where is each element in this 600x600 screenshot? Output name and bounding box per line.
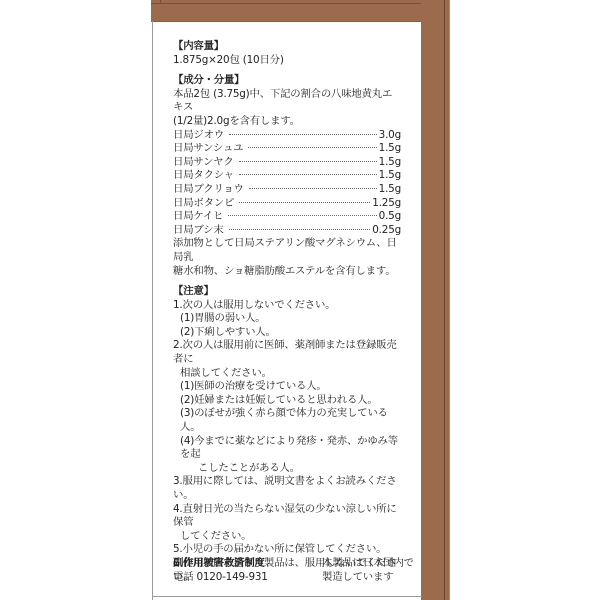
caution-item-4-line2: してください。 [173,530,401,544]
ingredient-amount: 1.5g [379,142,401,156]
caution-item-5: 5.小児の手の届かない所に保管してください。 [173,543,401,557]
made-in-japan-line1: 本製品は日本国内で [322,556,414,570]
ingredient-amount: 0.5g [379,210,401,224]
caution-item-1: 1.次の人は服用しないでください。 [173,299,401,313]
made-in-japan-line2: 製造しています [322,570,414,584]
ingredient-name: 日局ジオウ [173,129,224,143]
ingredient-amount: 3.0g [379,129,401,143]
caution-item-2-line1: 2.次の人は服用前に医師、薬剤師または登録販売者に [173,339,401,366]
content-amount-value: 1.875g×20包 (10日分) [173,54,401,68]
ingredient-name: 日局サンヤク [173,156,234,170]
ingredient-row: 日局サンシュユ 1.5g [173,142,401,156]
panel-bottom-border [152,596,422,597]
ingredients-intro-line1: 本品2包 (3.75g)中、下記の割合の八味地黄丸エキス [173,88,401,115]
ingredient-amount: 0.25g [372,224,401,238]
dot-leader [249,188,377,189]
content-amount-heading: 【内容量】 [173,40,401,54]
caution-item-2-sub: (4)今までに薬などにより発疹・発赤、かゆみ等を起 [173,435,401,462]
dot-leader [229,229,371,230]
manufacturing-info: 本製品は日本国内で 製造しています [322,556,414,584]
dot-leader [239,161,377,162]
ingredient-amount: 1.5g [379,169,401,183]
ingredients-intro-line2: (1/2量)2.0gを含有します。 [173,115,401,129]
ingredient-amount: 1.5g [379,156,401,170]
ingredient-row: 日局ブシ末 0.25g [173,224,401,238]
caution-item-2-line2: 相談してください。 [173,367,401,381]
package-fold-tick [160,0,161,4]
caution-item-1-sub: (2)下痢しやすい人。 [173,326,401,340]
caution-item-2-sub: (3)のぼせが強く赤ら顔で体力の充実している人。 [173,407,401,434]
package-edge-right [449,0,450,600]
package-frame-right [421,0,450,600]
caution-item-1-sub: (1)胃腸の弱い人。 [173,312,401,326]
caution-item-2-sub: (2)妊婦または妊娠していると思われる人。 [173,394,401,408]
panel-left-border [152,21,153,600]
caution-item-4-line1: 4.直射日光の当たらない湿気の少ない涼しい所に保管 [173,503,401,530]
label-panel: 【内容量】 1.875g×20包 (10日分) 【成分・分量】 本品2包 (3.… [173,40,401,584]
caution-item-2-sub: (1)医師の治療を受けている人。 [173,380,401,394]
additives-line1: 添加物として日局ステアリン酸マグネシウム、日局乳 [173,237,401,264]
ingredient-row: 日局ブクリョウ 1.5g [173,183,401,197]
ingredient-name: 日局サンシュユ [173,142,243,156]
dot-leader [239,202,370,203]
package-fold-line-right [444,0,445,600]
ingredient-amount: 1.5g [379,183,401,197]
dot-leader [228,215,376,216]
ingredient-row: 日局ケイヒ 0.5g [173,210,401,224]
ingredient-name: 日局タクシャ [173,169,234,183]
cautions-heading: 【注意】 [173,285,401,299]
package-fold-line-top [151,3,444,4]
ingredient-amount: 1.25g [372,197,401,211]
caution-item-3: 3.服用に際しては、説明文書をよくお読みください。 [173,475,401,502]
ingredient-row: 日局ボタンピ 1.25g [173,197,401,211]
dot-leader [248,147,376,148]
dot-leader [239,174,377,175]
additives-line2: 糖水和物、ショ糖脂肪酸エステルを含有します。 [173,265,401,279]
relief-system-info: 副作用被害救済制度 電話 0120-149-931 [173,556,268,584]
ingredient-name: 日局ボタンピ [173,197,234,211]
ingredients-heading: 【成分・分量】 [173,74,401,88]
dot-leader [229,134,377,135]
ingredient-name: 日局ケイヒ [173,210,223,224]
caution-item-2-sub4-cont: こしたことがある人。 [173,462,401,476]
ingredient-name: 日局ブシ末 [173,224,224,238]
relief-system-title: 副作用被害救済制度 [173,556,268,570]
ingredient-row: 日局ジオウ 3.0g [173,129,401,143]
ingredient-row: 日局サンヤク 1.5g [173,156,401,170]
relief-system-phone: 電話 0120-149-931 [173,570,268,584]
ingredient-row: 日局タクシャ 1.5g [173,169,401,183]
ingredient-name: 日局ブクリョウ [173,183,244,197]
